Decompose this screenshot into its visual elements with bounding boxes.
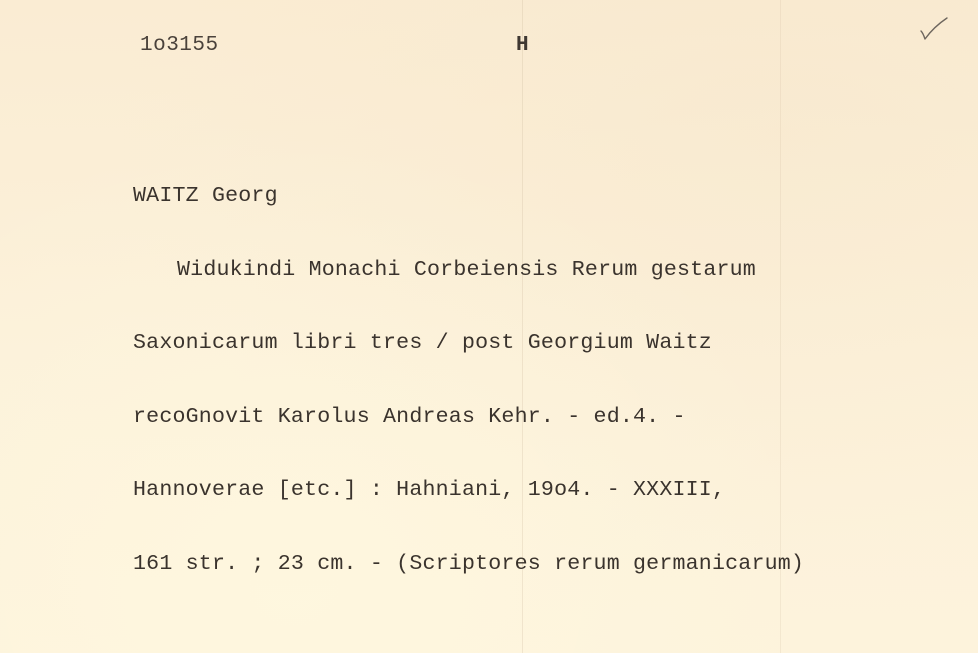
imprint-line: Hannoverae [etc.] : Hahniani, 19o4. - XX…: [133, 478, 804, 503]
collation-line: 161 str. ; 23 cm. - (Scriptores rerum ge…: [133, 552, 804, 577]
checkmark-icon: [918, 14, 950, 44]
call-number: 1o3155: [140, 34, 219, 57]
edition-line: recoGnovit Karolus Andreas Kehr. - ed.4.…: [133, 405, 804, 430]
title-line: Saxonicarum libri tres / post Georgium W…: [133, 331, 804, 356]
author-heading: WAITZ Georg: [133, 184, 804, 209]
title-line: Widukindi Monachi Corbeiensis Rerum gest…: [133, 258, 804, 283]
catalog-card: 1o3155 H WAITZ Georg Widukindi Monachi C…: [0, 0, 978, 653]
bibliographic-entry: WAITZ Georg Widukindi Monachi Corbeiensi…: [133, 135, 804, 625]
location-mark: H: [516, 34, 529, 57]
